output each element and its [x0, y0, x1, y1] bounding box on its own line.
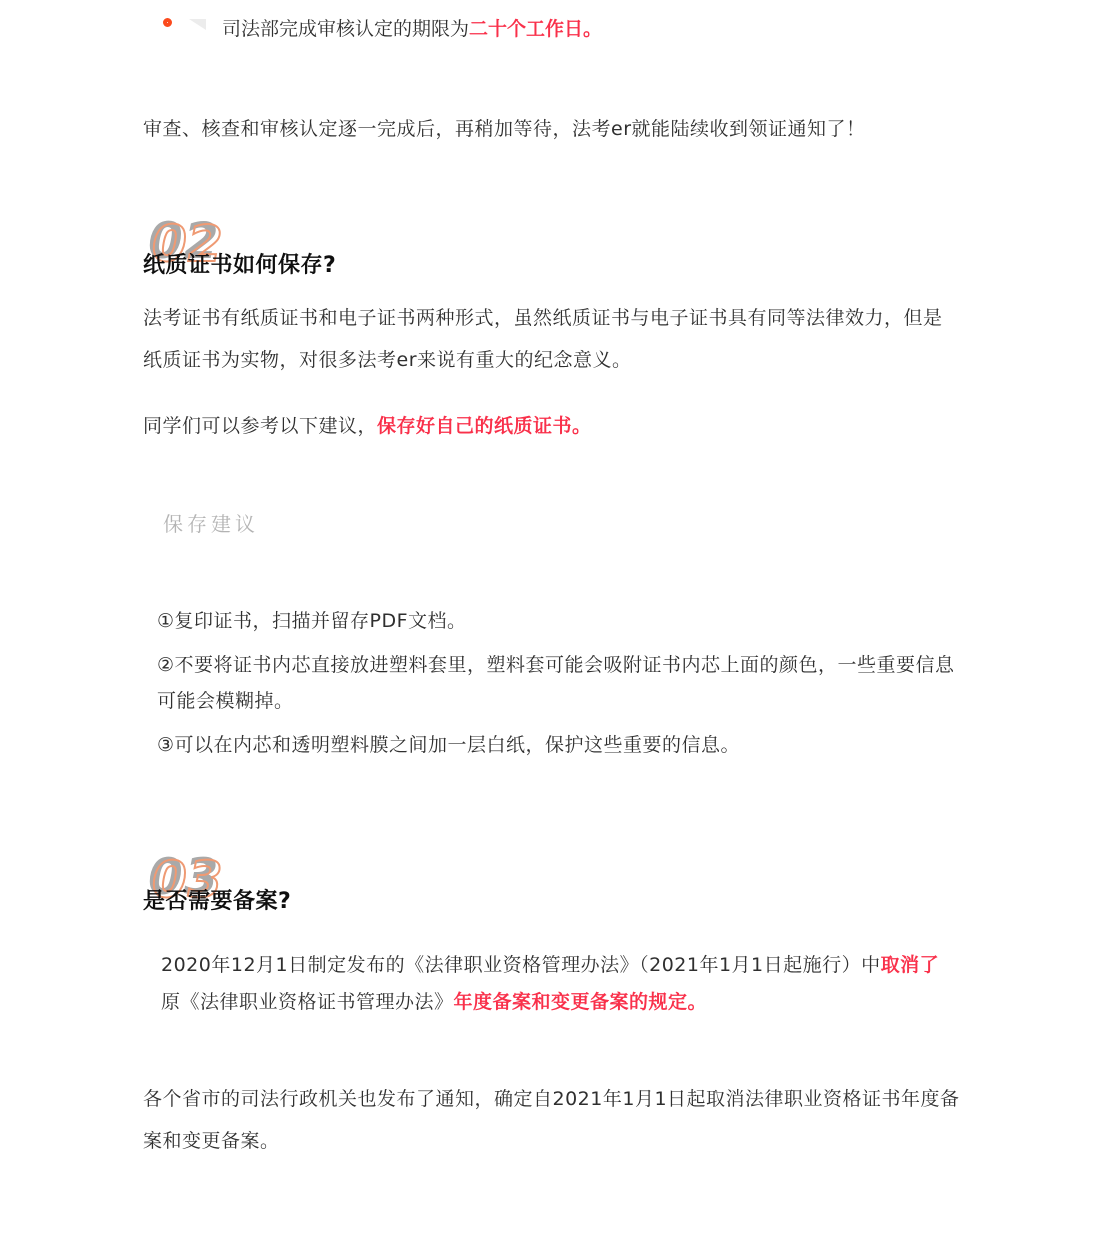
- quote-item-text: 司法部完成审核认定的期限为二十个工作日。: [222, 8, 960, 51]
- tip-item-3: ③可以在内芯和透明塑料膜之间加一层白纸，保护这些重要的信息。: [157, 727, 960, 763]
- section-02-title: 纸质证书如何保存?: [143, 251, 960, 281]
- save-tips-list: ①复印证书，扫描并留存PDF文档。 ②不要将证书内芯直接放进塑料套里，塑料套可能…: [143, 603, 960, 763]
- section-02-header: 0202 纸质证书如何保存?: [143, 213, 960, 281]
- quote-item-highlight-text: 二十个工作日。: [469, 18, 602, 40]
- quote-item-plain-text: 司法部完成审核认定的期限为: [222, 18, 469, 40]
- paragraph-review-note: 审查、核查和审核认定逐一完成后，再稍加等待，法考er就能陆续收到领证通知了！: [143, 108, 960, 150]
- paragraph-advice: 同学们可以参考以下建议，保存好自己的纸质证书。: [143, 405, 960, 447]
- regulation-cancel-highlight: 取消了: [881, 954, 940, 976]
- tip-item-1: ①复印证书，扫描并留存PDF文档。: [157, 603, 960, 639]
- quote-list-item: 司法部完成审核认定的期限为二十个工作日。: [143, 8, 960, 51]
- paragraph-provinces-notice: 各个省市的司法行政机关也发布了通知，确定自2021年1月1日起取消法律职业资格证…: [143, 1078, 960, 1162]
- advice-plain-text: 同学们可以参考以下建议，: [143, 415, 377, 437]
- regulation-part3-text: 原《法律职业资格证书管理办法》: [161, 991, 454, 1013]
- article-body: 司法部完成审核认定的期限为二十个工作日。 审查、核查和审核认定逐一完成后，再稍加…: [143, 0, 960, 1162]
- section-03-title: 是否需要备案?: [143, 887, 960, 917]
- bullet-circle-icon: [163, 18, 172, 27]
- advice-highlight-text: 保存好自己的纸质证书。: [377, 415, 592, 437]
- paragraph-regulation: 2020年12月1日制定发布的《法律职业资格管理办法》（2021年1月1日起施行…: [143, 947, 960, 1021]
- section-03-header: 0303 是否需要备案?: [143, 849, 960, 917]
- paragraph-certificate-forms: 法考证书有纸质证书和电子证书两种形式，虽然纸质证书与电子证书具有同等法律效力，但…: [143, 297, 960, 381]
- tip-item-2: ②不要将证书内芯直接放进塑料套里，塑料套可能会吸附证书内芯上面的颜色，一些重要信…: [157, 647, 960, 719]
- regulation-part1-text: 2020年12月1日制定发布的《法律职业资格管理办法》（2021年1月1日起施行…: [161, 954, 881, 976]
- save-advice-card-label: 保存建议: [163, 509, 960, 539]
- regulation-record-highlight: 年度备案和变更备案的规定。: [454, 991, 708, 1013]
- triangle-decoration-icon: [189, 19, 206, 30]
